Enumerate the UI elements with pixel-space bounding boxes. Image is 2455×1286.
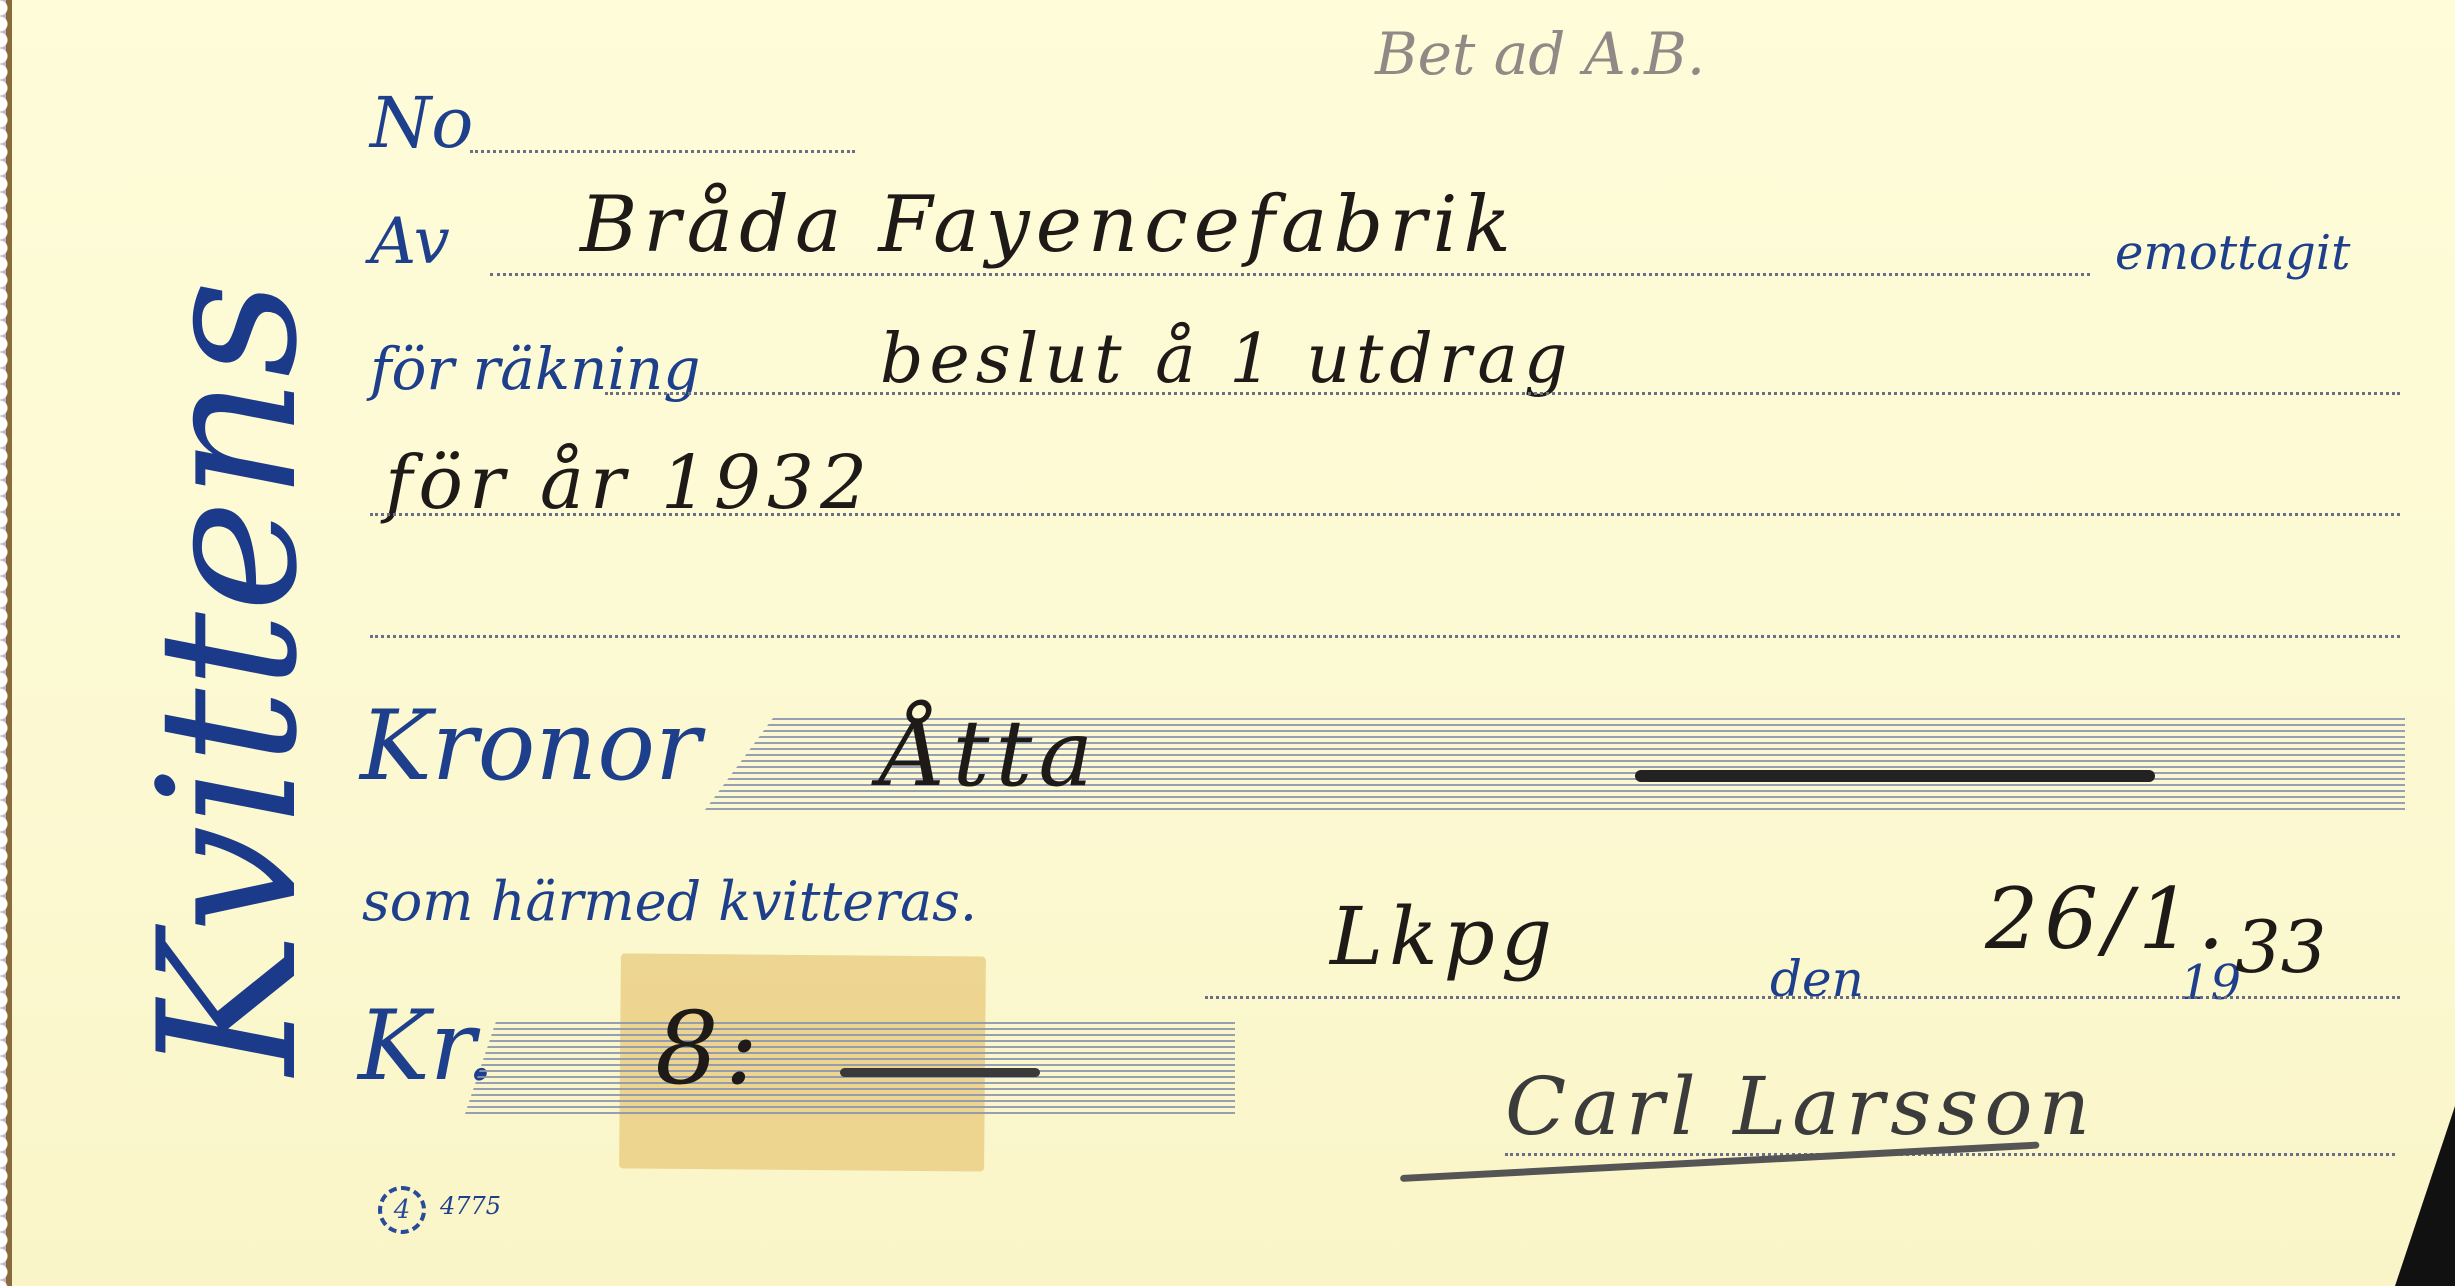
date-value: 26/1. [1985,870,2230,968]
pencil-note: Bet ad A.B. [1375,20,1705,88]
number-label: No [370,82,473,164]
amount-number-value: 8: [655,990,764,1107]
from-value: Bråda Fayencefabrik [580,180,1517,270]
received-label: emottagit [2115,225,2350,281]
vertical-title: Kvittens [118,280,339,1075]
invoice-line-1[interactable] [605,392,2400,395]
confirmation-label: som härmed kvitteras. [362,870,977,933]
form-number: 4775 [440,1192,501,1220]
amount-words-value: Åtta [880,700,1099,807]
printer-logo-icon: 4 [378,1186,426,1234]
signature-line[interactable] [1505,1153,2395,1156]
year-prefix: 19 [2180,955,2241,1011]
amount-words-dash [1635,770,2155,782]
place-value: Lkpg [1330,890,1558,983]
from-label: Av [370,205,450,279]
receipt-paper: Kvittens Bet ad A.B. No Av Bråda Fayence… [0,0,2455,1286]
invoice-value-line1: beslut å 1 utdrag [880,320,1573,399]
amount-number-dash [840,1068,1040,1077]
year-suffix: 33 [2235,905,2327,989]
signature-value: Carl Larsson [1505,1060,2096,1153]
number-line[interactable] [470,150,855,153]
date-den-label: den [1770,950,1864,1008]
from-line[interactable] [490,273,2090,276]
invoice-line-3[interactable] [370,635,2400,638]
scan-corner-shadow [2395,1106,2455,1286]
perforated-edge [0,0,22,1286]
amount-words-label: Kronor [360,690,701,802]
place-date-line[interactable] [1205,996,2400,999]
invoice-line-2[interactable] [370,513,2400,516]
